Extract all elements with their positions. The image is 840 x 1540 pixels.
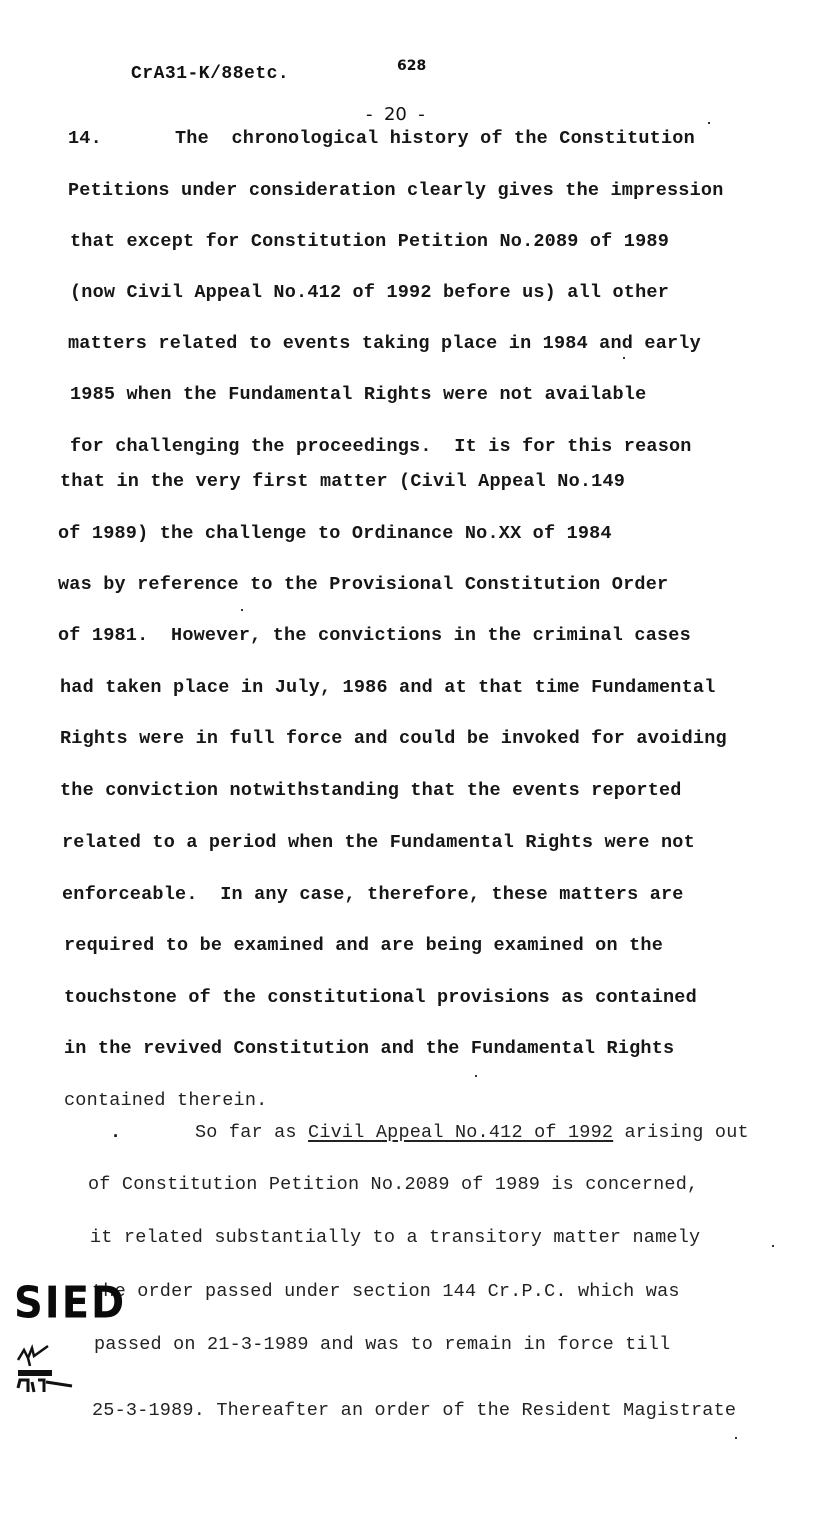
signature-icon — [14, 1342, 74, 1412]
text-line: 25-3-1989. Thereafter an order of the Re… — [92, 1400, 736, 1422]
text-line: that except for Constitution Petition No… — [70, 231, 669, 253]
page-number: - 20 - — [366, 104, 425, 125]
margin-stamp: SIED — [14, 1278, 126, 1329]
text-line: enforceable. In any case, therefore, the… — [62, 884, 684, 906]
text-line: contained therein. — [64, 1090, 267, 1112]
text-line: of 1981. However, the convictions in the… — [58, 625, 691, 647]
text-line: of Constitution Petition No.2089 of 1989… — [88, 1174, 698, 1196]
page-stamp: 628 — [397, 58, 426, 74]
text-line: Rights were in full force and could be i… — [60, 728, 727, 750]
text-line: the conviction notwithstanding that the … — [60, 780, 682, 802]
underlined-citation: Civil Appeal No.412 of 1992 — [308, 1122, 613, 1143]
text-line: (now Civil Appeal No.412 of 1992 before … — [70, 282, 669, 304]
scan-speck — [772, 1245, 774, 1247]
text-line: matters related to events taking place i… — [68, 333, 701, 355]
text-line: of 1989) the challenge to Ordinance No.X… — [58, 523, 612, 545]
text-line: related to a period when the Fundamental… — [62, 832, 695, 854]
text-intro: So far as — [195, 1122, 308, 1143]
scan-speck — [708, 122, 710, 124]
text-line: in the revived Constitution and the Fund… — [64, 1038, 674, 1060]
scan-speck — [735, 1437, 737, 1439]
text-line: Petitions under consideration clearly gi… — [68, 180, 724, 202]
document-page: CrA31-K/88etc. 628 - 20 - 14. The chrono… — [0, 0, 840, 1540]
text-line: 1985 when the Fundamental Rights were no… — [70, 384, 646, 406]
text-line: So far as Civil Appeal No.412 of 1992 ar… — [195, 1122, 749, 1144]
text-line: for challenging the proceedings. It is f… — [70, 436, 692, 458]
paragraph-number: 14. — [68, 128, 102, 150]
paragraph-marker: . — [110, 1122, 121, 1144]
case-reference: CrA31-K/88etc. — [131, 64, 289, 84]
text-line: The chronological history of the Constit… — [175, 128, 695, 150]
text-rest: arising out — [613, 1122, 749, 1143]
text-line: that in the very first matter (Civil App… — [60, 471, 625, 493]
text-line: was by reference to the Provisional Cons… — [58, 574, 668, 596]
text-line: required to be examined and are being ex… — [64, 935, 663, 957]
text-line: touchstone of the constitutional provisi… — [64, 987, 697, 1009]
text-line: the order passed under section 144 Cr.P.… — [92, 1281, 680, 1303]
scan-speck — [241, 609, 243, 611]
scan-speck — [475, 1075, 477, 1077]
text-line: passed on 21-3-1989 and was to remain in… — [94, 1334, 670, 1356]
text-line: it related substantially to a transitory… — [90, 1227, 700, 1249]
text-line: had taken place in July, 1986 and at tha… — [60, 677, 716, 699]
scan-speck — [623, 357, 625, 359]
